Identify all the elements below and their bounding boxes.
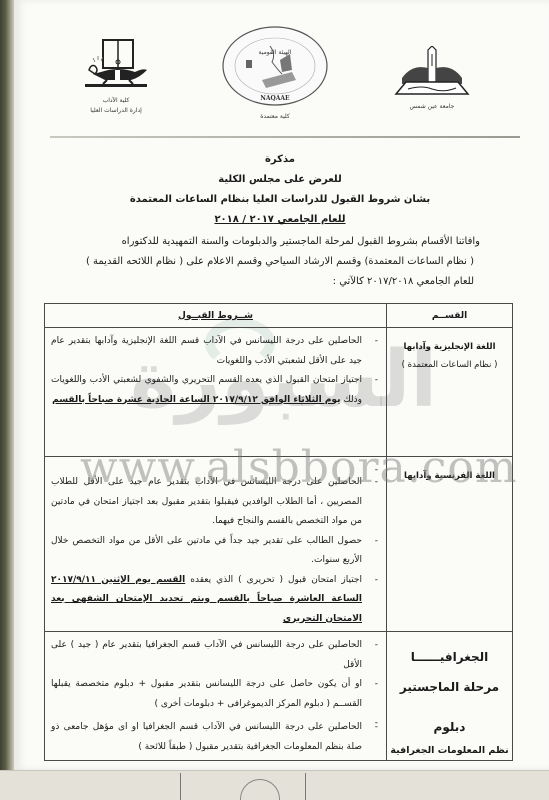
table-row: اللغة الفرنسية وآدابها الحاصلين على درجة… (45, 457, 513, 632)
department-cell: الجغرافيــــــا مرحلة الماجستير دبلوم نظ… (387, 632, 513, 761)
department-cell: اللغة الإنجليزية وآدابها ( نظام الساعات … (387, 328, 513, 457)
conditions-cell: الحاصلين على درجة الليسانس في الآداب بتق… (45, 457, 387, 632)
ain-shams-university-logo: جامعة عين شمس (377, 46, 487, 112)
condition-item: الحاصلين على درجة الليسانس في الآداب قسم… (51, 636, 380, 675)
conditions-cell: الحاصلين على درجة الليسانس في الآداب قسم… (45, 632, 387, 761)
condition-item: اجتياز امتحان قبول ( تحريرى ) الذي يعقده… (51, 571, 380, 630)
table-row: الجغرافيــــــا مرحلة الماجستير دبلوم نظ… (45, 632, 513, 761)
condition-item: الحاصلين على درجة الليسانس في الآداب قسم… (51, 332, 380, 371)
header-department: القســم (387, 304, 513, 328)
memo-academic-year: للعام الجامعي ٢٠١٧ / ٢٠١٨ (60, 210, 500, 230)
condition-item: اجتياز امتحان القبول الذي يعده القسم الت… (51, 371, 380, 410)
condition-item: الحاصلين على درجة الليسانس في الآداب قسم… (51, 718, 380, 757)
naqaae-seal-icon: الهيئة القومية NAQAAE (220, 24, 330, 108)
svg-text:الهيئة القومية: الهيئة القومية (259, 49, 292, 56)
header-conditions: شــروط القبــول (45, 304, 387, 328)
naqaae-logo: الهيئة القومية NAQAAE كلية معتمدة (210, 24, 340, 122)
memo-subject: بشان شروط القبول للدراسات العليا بنظام ا… (60, 190, 500, 210)
condition-item: حصول الطالب على تقدير جيد جداً في مادتين… (51, 532, 380, 571)
scan-bottom-edge (0, 770, 549, 800)
faculty-of-arts-logo: كلية الآداب إدارة الدراسات العليا (66, 36, 166, 116)
logo-caption-accredited: كلية معتمدة (210, 112, 340, 122)
intro-paragraph: وافاتنا الأقسام بشروط القبول لمرحلة الما… (50, 232, 480, 292)
condition-item: الحاصلين على درجة الليسانس في الآداب بتق… (51, 473, 380, 532)
oil-lamp-book-icon (81, 36, 151, 92)
logo-caption-graduate-studies: إدارة الدراسات العليا (66, 106, 166, 116)
logo-caption-faculty: كلية الآداب (66, 96, 166, 106)
admission-conditions-table: القســم شــروط القبــول اللغة الإنجليزية… (44, 303, 513, 761)
memo-subtitle: للعرض على مجلس الكلية (60, 170, 500, 190)
condition-item: او أن يكون حاصل على درجة الليسانس بتقدير… (51, 675, 380, 714)
conditions-cell: الحاصلين على درجة الليسانس في الآداب قسم… (45, 328, 387, 457)
memo-title: مذكرة (60, 150, 500, 170)
scan-edge-strip (0, 0, 14, 800)
department-cell: اللغة الفرنسية وآدابها (387, 457, 513, 632)
intro-line-1: وافاتنا الأقسام بشروط القبول لمرحلة الما… (50, 232, 480, 252)
ain-shams-obelisk-icon (392, 46, 472, 98)
table-row: اللغة الإنجليزية وآدابها ( نظام الساعات … (45, 328, 513, 457)
condition-item-empty (51, 461, 380, 473)
memo-title-block: مذكرة للعرض على مجلس الكلية بشان شروط ال… (60, 150, 500, 230)
intro-line-3: للعام الجامعي ٢٠١٧/٢٠١٨ كالآتي : (50, 272, 474, 292)
logo-caption-ain-shams: جامعة عين شمس (377, 102, 487, 112)
header-divider (50, 136, 520, 138)
svg-text:NAQAAE: NAQAAE (260, 95, 290, 102)
intro-line-2: ( نظام الساعات المعتمدة) وقسم الارشاد ال… (50, 252, 480, 272)
table-header-row: القســم شــروط القبــول (45, 304, 513, 328)
